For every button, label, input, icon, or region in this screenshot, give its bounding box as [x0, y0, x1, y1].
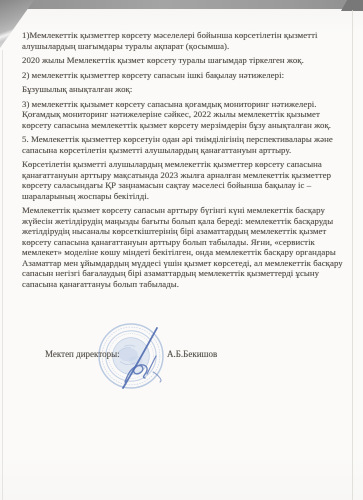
document-body: 1)Мемлекеттік қызметтер көрсету мәселеле… — [22, 30, 351, 293]
scanner-background-band — [0, 0, 363, 9]
paragraph-section-5: 5. Мемлекеттік қызметтер көрсетуін одан … — [22, 134, 351, 155]
paragraph-internal-control: 2) мемлекеттік қызметтер көрсету сапасын… — [22, 70, 351, 81]
paragraph-no-complaints: 2020 жылы Мемлекеттік қызмет көрсету тур… — [22, 55, 351, 66]
scanned-page: 1)Мемлекеттік қызметтер көрсету мәселеле… — [0, 0, 363, 500]
paper-right-edge — [352, 10, 353, 500]
paper-left-edge — [2, 50, 3, 500]
paragraph-public-monitoring: 3) мемлекеттік қызымет көрсету сапасына … — [22, 99, 351, 131]
paragraph-no-violations: Бұзушылық анықталған жоқ: — [22, 84, 351, 95]
paragraph-service-state: Мемлекеттік қызмет көрсету сапасын артты… — [22, 205, 351, 289]
paragraph-complaints-info: 1)Мемлекеттік қызметтер көрсету мәселеле… — [22, 30, 351, 51]
signature-ink — [95, 316, 190, 396]
paragraph-control-plan: Көрсетілетін қызметті алушылардың мемлек… — [22, 159, 351, 201]
